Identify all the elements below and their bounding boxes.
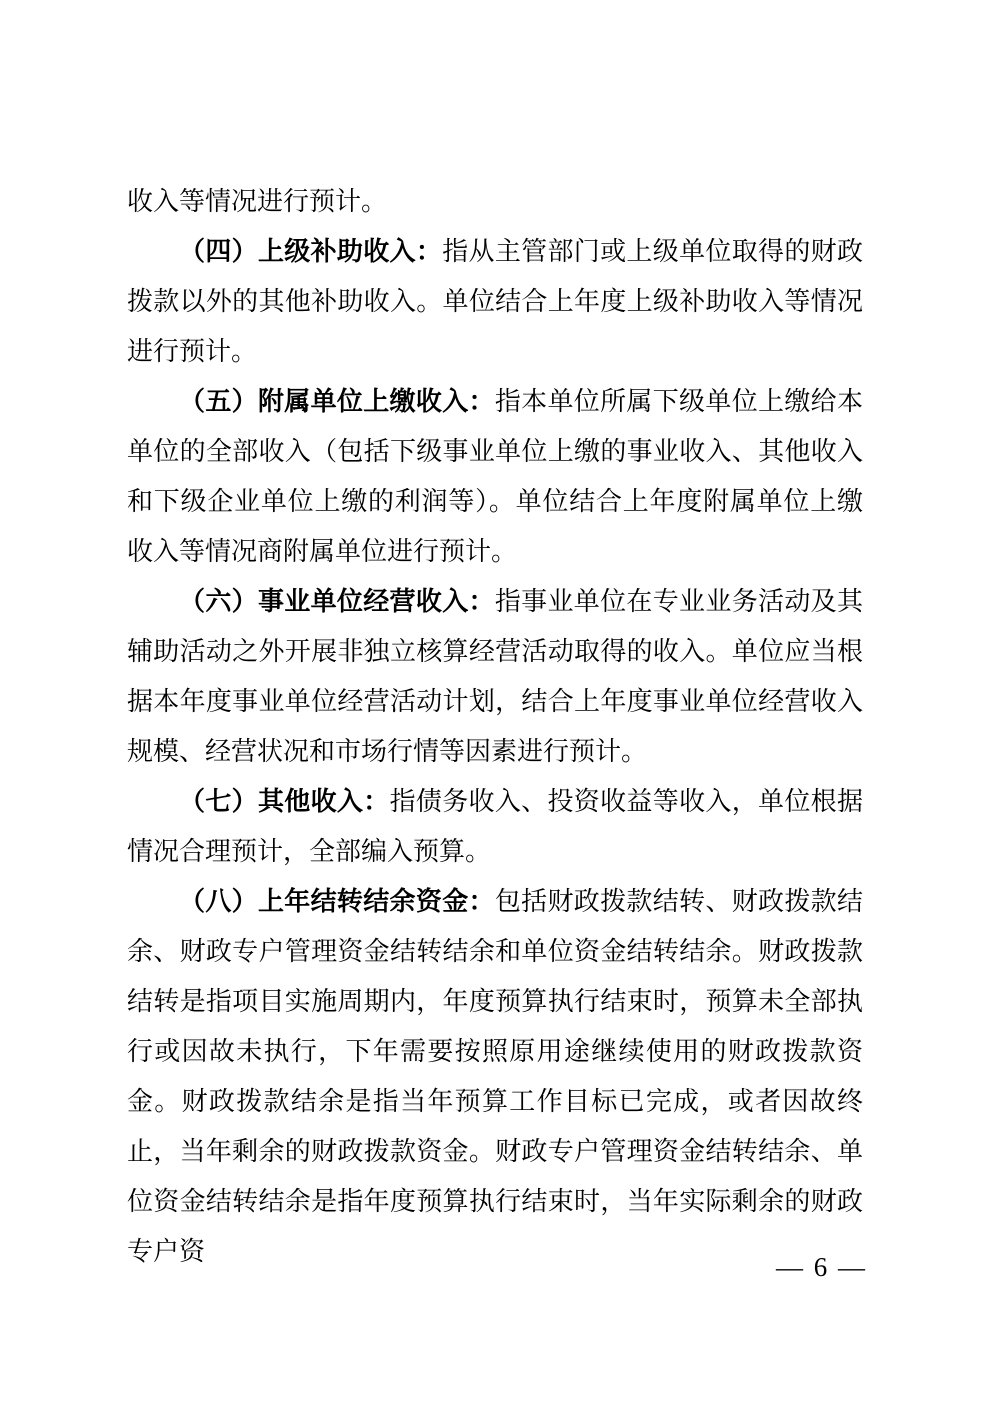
page-footer: — 6 —: [776, 1242, 867, 1292]
paragraph-item-7: （七）其他收入：指债务收入、投资收益等收入，单位根据情况合理预计，全部编入预算。: [127, 777, 863, 877]
paragraph-text: 包括财政拨款结转、财政拨款结余、财政专户管理资金结转结余和单位资金结转结余。财政…: [127, 887, 863, 1266]
paragraph-item-5: （五）附属单位上缴收入：指本单位所属下级单位上缴给本单位的全部收入（包括下级事业…: [127, 377, 863, 577]
paragraph-continuation: 收入等情况进行预计。: [127, 177, 863, 227]
paragraph-heading: （八）上年结转结余资金：: [179, 887, 495, 916]
paragraph-item-6: （六）事业单位经营收入：指事业单位在专业业务活动及其辅助活动之外开展非独立核算经…: [127, 577, 863, 777]
paragraph-item-8: （八）上年结转结余资金：包括财政拨款结转、财政拨款结余、财政专户管理资金结转结余…: [127, 877, 863, 1277]
paragraph-heading: （四）上级补助收入：: [179, 237, 442, 266]
paragraph-text: 收入等情况进行预计。: [127, 187, 387, 216]
document-page: 收入等情况进行预计。 （四）上级补助收入：指从主管部门或上级单位取得的财政拨款以…: [0, 0, 992, 1403]
paragraph-heading: （六）事业单位经营收入：: [179, 587, 495, 616]
paragraph-heading: （七）其他收入：: [179, 787, 390, 816]
document-body: 收入等情况进行预计。 （四）上级补助收入：指从主管部门或上级单位取得的财政拨款以…: [127, 177, 863, 1277]
paragraph-heading: （五）附属单位上缴收入：: [179, 387, 495, 416]
page-number: — 6 —: [776, 1252, 867, 1282]
paragraph-item-4: （四）上级补助收入：指从主管部门或上级单位取得的财政拨款以外的其他补助收入。单位…: [127, 227, 863, 377]
